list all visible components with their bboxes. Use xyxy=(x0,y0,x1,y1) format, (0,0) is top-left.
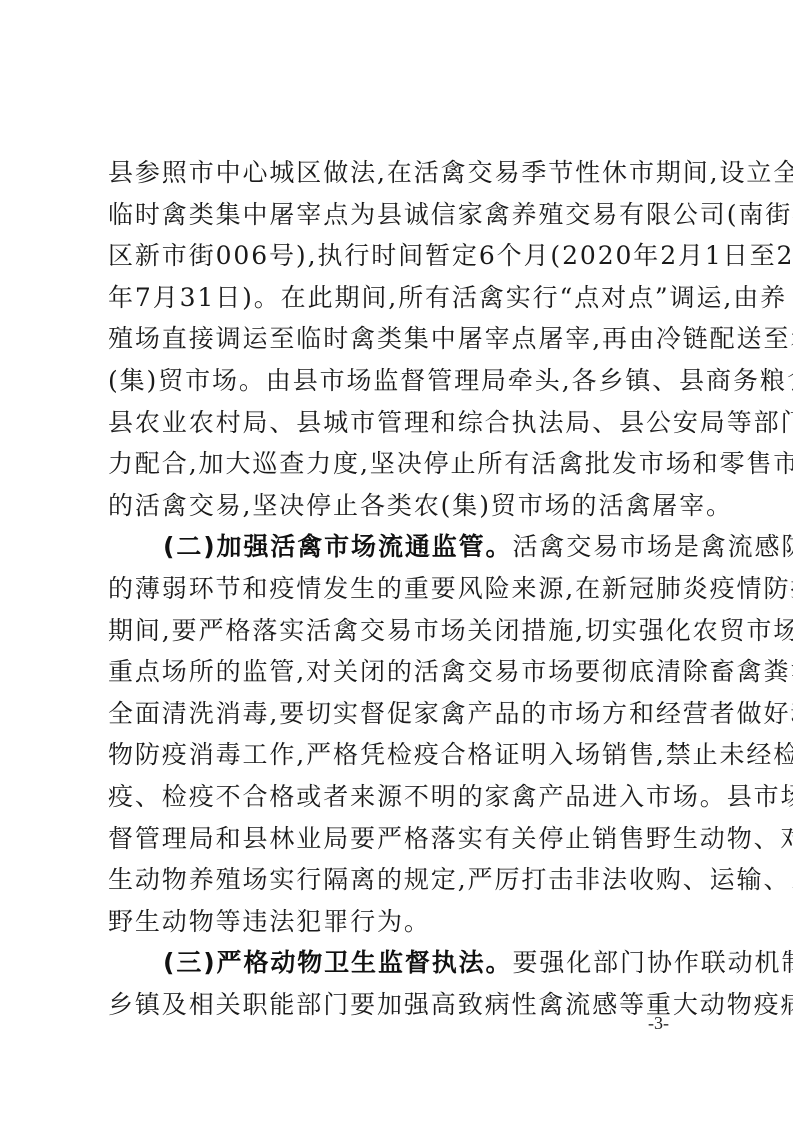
text-line: 县农业农村局、县城市管理和综合执法局、县公安局等部门全 xyxy=(108,402,690,444)
text-line: 物防疫消毒工作,严格凭检疫合格证明入场销售,禁止未经检 xyxy=(108,734,690,776)
text-line-first: (三)严格动物卫生监督执法。要强化部门协作联动机制,各 xyxy=(108,942,690,984)
text-line: (集)贸市场。由县市场监督管理局牵头,各乡镇、县商务粮食局、 xyxy=(108,360,690,402)
text-line: 年7月31日)。在此期间,所有活禽实行“点对点”调运,由养 xyxy=(108,277,690,319)
text-line: 临时禽类集中屠宰点为县诚信家禽养殖交易有限公司(南街社 xyxy=(108,194,690,236)
text-line: 全面清洗消毒,要切实督促家禽产品的市场方和经营者做好动 xyxy=(108,693,690,735)
text-line: 期间,要严格落实活禽交易市场关闭措施,切实强化农贸市场等 xyxy=(108,610,690,652)
text-line: 乡镇及相关职能部门要加强高致病性禽流感等重大动物疫病防 xyxy=(108,984,690,1026)
paragraph-2: (二)加强活禽市场流通监管。活禽交易市场是禽流感防控 的薄弱环节和疫情发生的重要… xyxy=(108,526,690,942)
text-run: 活禽交易市场是禽流感防控 xyxy=(512,532,793,561)
body-text: 县参照市中心城区做法,在活禽交易季节性休市期间,设立全县 临时禽类集中屠宰点为县… xyxy=(108,152,690,1025)
paragraph-3: (三)严格动物卫生监督执法。要强化部门协作联动机制,各 乡镇及相关职能部门要加强… xyxy=(108,942,690,1025)
text-run: 要强化部门协作联动机制,各 xyxy=(512,948,793,977)
paragraph-1: 县参照市中心城区做法,在活禽交易季节性休市期间,设立全县 临时禽类集中屠宰点为县… xyxy=(108,152,690,526)
page-number: -3- xyxy=(648,1013,669,1034)
text-line: 的活禽交易,坚决停止各类农(集)贸市场的活禽屠宰。 xyxy=(108,485,690,527)
text-line: 重点场所的监管,对关闭的活禽交易市场要彻底清除畜禽粪污, xyxy=(108,651,690,693)
text-line: 区新市街006号),执行时间暂定6个月(2020年2月1日至2020 xyxy=(108,235,690,277)
text-line: 的薄弱环节和疫情发生的重要风险来源,在新冠肺炎疫情防控 xyxy=(108,568,690,610)
text-line: 生动物养殖场实行隔离的规定,严厉打击非法收购、运输、出售 xyxy=(108,859,690,901)
text-line: 殖场直接调运至临时禽类集中屠宰点屠宰,再由冷链配送至农 xyxy=(108,318,690,360)
text-line: 力配合,加大巡查力度,坚决停止所有活禽批发市场和零售市场 xyxy=(108,443,690,485)
text-line: 县参照市中心城区做法,在活禽交易季节性休市期间,设立全县 xyxy=(108,152,690,194)
text-line-first: (二)加强活禽市场流通监管。活禽交易市场是禽流感防控 xyxy=(108,526,690,568)
section-heading-3: (三)严格动物卫生监督执法。 xyxy=(163,948,512,977)
text-line: 野生动物等违法犯罪行为。 xyxy=(108,901,690,943)
text-line: 疫、检疫不合格或者来源不明的家禽产品进入市场。县市场监 xyxy=(108,776,690,818)
section-heading-2: (二)加强活禽市场流通监管。 xyxy=(163,532,512,561)
document-page: 县参照市中心城区做法,在活禽交易季节性休市期间,设立全县 临时禽类集中屠宰点为县… xyxy=(0,0,793,1122)
text-line: 督管理局和县林业局要严格落实有关停止销售野生动物、对野 xyxy=(108,818,690,860)
